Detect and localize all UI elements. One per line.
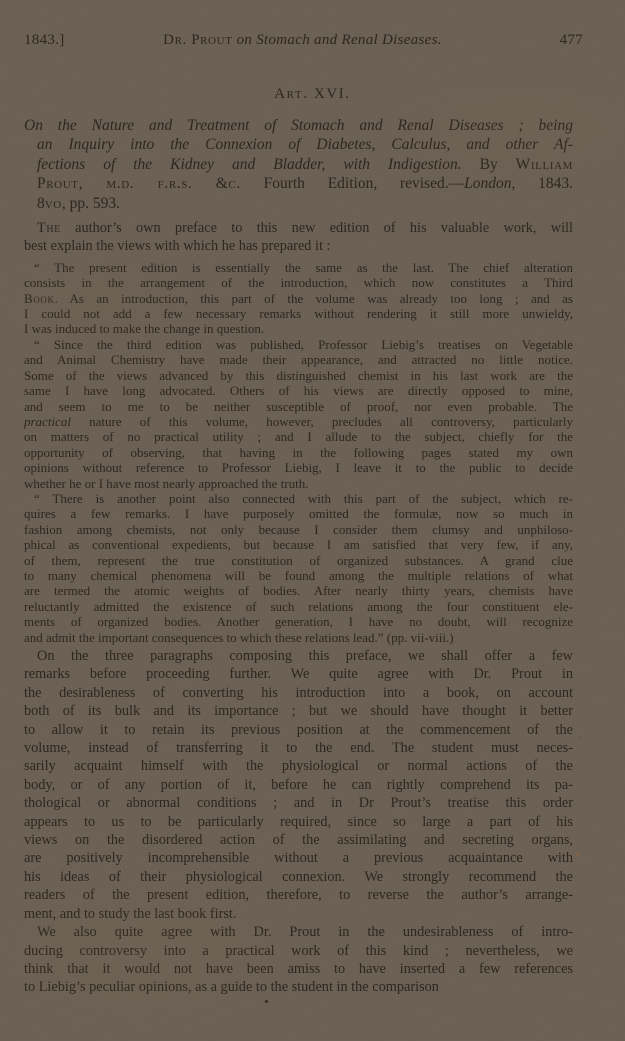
- intro-paragraph: The author’s own preface to this new edi…: [24, 219, 573, 256]
- preface-quote-2-line: and Animal Chemistry have made their app…: [24, 352, 573, 367]
- preface-quote-3-line: “ There is another point also connected …: [24, 491, 573, 506]
- citation-line: an Inquiry into the Connexion of Diabete…: [24, 135, 573, 154]
- preface-quote-3-line: phical as conventional expedients, but b…: [24, 537, 573, 552]
- preface-quote-1-line: I was induced to make the change in ques…: [24, 321, 573, 336]
- intro-paragraph-line: The author’s own preface to this new edi…: [24, 219, 573, 237]
- review-paragraph-1-line: ment, and to study the last book first.: [24, 905, 573, 923]
- show-through-mark: [470, 74, 600, 81]
- preface-quote-2-line: same I have long advocated. Others of hi…: [24, 383, 573, 398]
- page-number: 477: [523, 32, 583, 49]
- article-heading: Art. XVI.: [0, 86, 625, 103]
- citation-line: fections of the Kidney and Bladder, with…: [24, 155, 573, 174]
- review-paragraph-2-line: to Liebig’s peculiar opinions, as a guid…: [24, 978, 573, 996]
- text-flow: On the Nature and Treatment of Stomach a…: [0, 116, 625, 997]
- preface-quote-2-line: “ Since the third edition was published,…: [24, 337, 573, 352]
- review-paragraph-1-line: volume, instead of transferring it to th…: [24, 739, 573, 757]
- review-paragraph-1-line: to allow it to retain its previous posit…: [24, 721, 573, 739]
- preface-quote-1-line: consists in the arrangement of the intro…: [24, 275, 573, 290]
- preface-quote-3-line: quires a few remarks. I have purposely o…: [24, 506, 573, 521]
- preface-quote-2-line: opportunity of observing, that having in…: [24, 445, 573, 460]
- review-paragraph-1: On the three paragraphs composing this p…: [24, 647, 573, 923]
- review-paragraph-1-line: thological or abnormal conditions ; and …: [24, 794, 573, 812]
- preface-quote-1-line: Book. As an introduction, this part of t…: [24, 291, 573, 306]
- preface-quote-2-line: practical nature of this volume, however…: [24, 414, 573, 429]
- paper-stain: [575, 852, 581, 858]
- running-header: 1843.] Dr. Prout on Stomach and Renal Di…: [0, 0, 625, 49]
- preface-quote-3-line: of them, represent the true constitution…: [24, 553, 573, 568]
- preface-quote-3-line: are termed the atomic weights of bodies.…: [24, 583, 573, 598]
- review-paragraph-1-line: sarily acquaint himself with the physiol…: [24, 757, 573, 775]
- citation: On the Nature and Treatment of Stomach a…: [24, 116, 573, 213]
- review-paragraph-2-line: ducing controversy into a practical work…: [24, 942, 573, 960]
- review-paragraph-1-line: body, or of any portion of it, before he…: [24, 776, 573, 794]
- citation-line: 8vo, pp. 593.: [24, 194, 573, 213]
- review-paragraph-1-line: remarks before proceeding further. We qu…: [24, 665, 573, 683]
- running-title-author: Dr. Prout: [163, 32, 232, 48]
- review-paragraph-1-line: are positively incomprehensible without …: [24, 849, 573, 867]
- preface-quote-2-line: and seem to me to be neither susceptible…: [24, 399, 573, 414]
- review-paragraph-1-line: both of its bulk and its importance ; bu…: [24, 702, 573, 720]
- review-paragraph-2: We also quite agree with Dr. Prout in th…: [24, 923, 573, 997]
- review-paragraph-1-line: appears to us to be particularly require…: [24, 813, 573, 831]
- preface-quote-1: “ The present edition is essentially the…: [24, 260, 573, 337]
- running-title: Dr. Prout on Stomach and Renal Diseases.: [92, 32, 513, 49]
- scanned-book-page: 1843.] Dr. Prout on Stomach and Renal Di…: [0, 0, 625, 1041]
- preface-quote-3-line: and admit the important consequences to …: [24, 630, 573, 645]
- preface-quote-1-line: I could not add a few necessary remarks …: [24, 306, 573, 321]
- citation-line: Prout, m.d. f.r.s. &c. Fourth Edition, r…: [24, 174, 573, 193]
- review-paragraph-1-line: views on the disordered action of the as…: [24, 831, 573, 849]
- preface-quote-2-line: opinions without reference to Professor …: [24, 460, 573, 475]
- preface-quote-3-line: ments of organized bodies. Another gener…: [24, 614, 573, 629]
- review-paragraph-2-line: think that it would not have been amiss …: [24, 960, 573, 978]
- preface-quote-3-line: fashion among chemists, not only because…: [24, 522, 573, 537]
- preface-quote-2-line: whether he or I have most nearly approac…: [24, 476, 573, 491]
- ink-dot: [265, 1000, 268, 1003]
- citation-line: On the Nature and Treatment of Stomach a…: [24, 116, 573, 135]
- preface-quote-2-line: on matters of no practical utility ; and…: [24, 429, 573, 444]
- header-year: 1843.]: [24, 32, 102, 49]
- running-title-subject: on Stomach and Renal Diseases.: [233, 32, 442, 48]
- preface-quote-3: “ There is another point also connected …: [24, 491, 573, 645]
- preface-quote-3-line: to many chemical phenomena will be found…: [24, 568, 573, 583]
- preface-quote-3-line: reluctantly admitted the existence of su…: [24, 599, 573, 614]
- review-paragraph-1-line: On the three paragraphs composing this p…: [24, 647, 573, 665]
- review-paragraph-1-line: his ideas of their physiological connexi…: [24, 868, 573, 886]
- intro-paragraph-line: best explain the views with which he has…: [24, 237, 573, 255]
- paper-speck: [578, 736, 581, 739]
- preface-quote-2: “ Since the third edition was published,…: [24, 337, 573, 491]
- review-paragraph-2-line: We also quite agree with Dr. Prout in th…: [24, 923, 573, 941]
- review-paragraph-1-line: readers of the present edition, therefor…: [24, 886, 573, 904]
- preface-quote-2-line: Some of the views advanced by this disti…: [24, 368, 573, 383]
- review-paragraph-1-line: the desirableness of converting his intr…: [24, 684, 573, 702]
- preface-quote-1-line: “ The present edition is essentially the…: [24, 260, 573, 275]
